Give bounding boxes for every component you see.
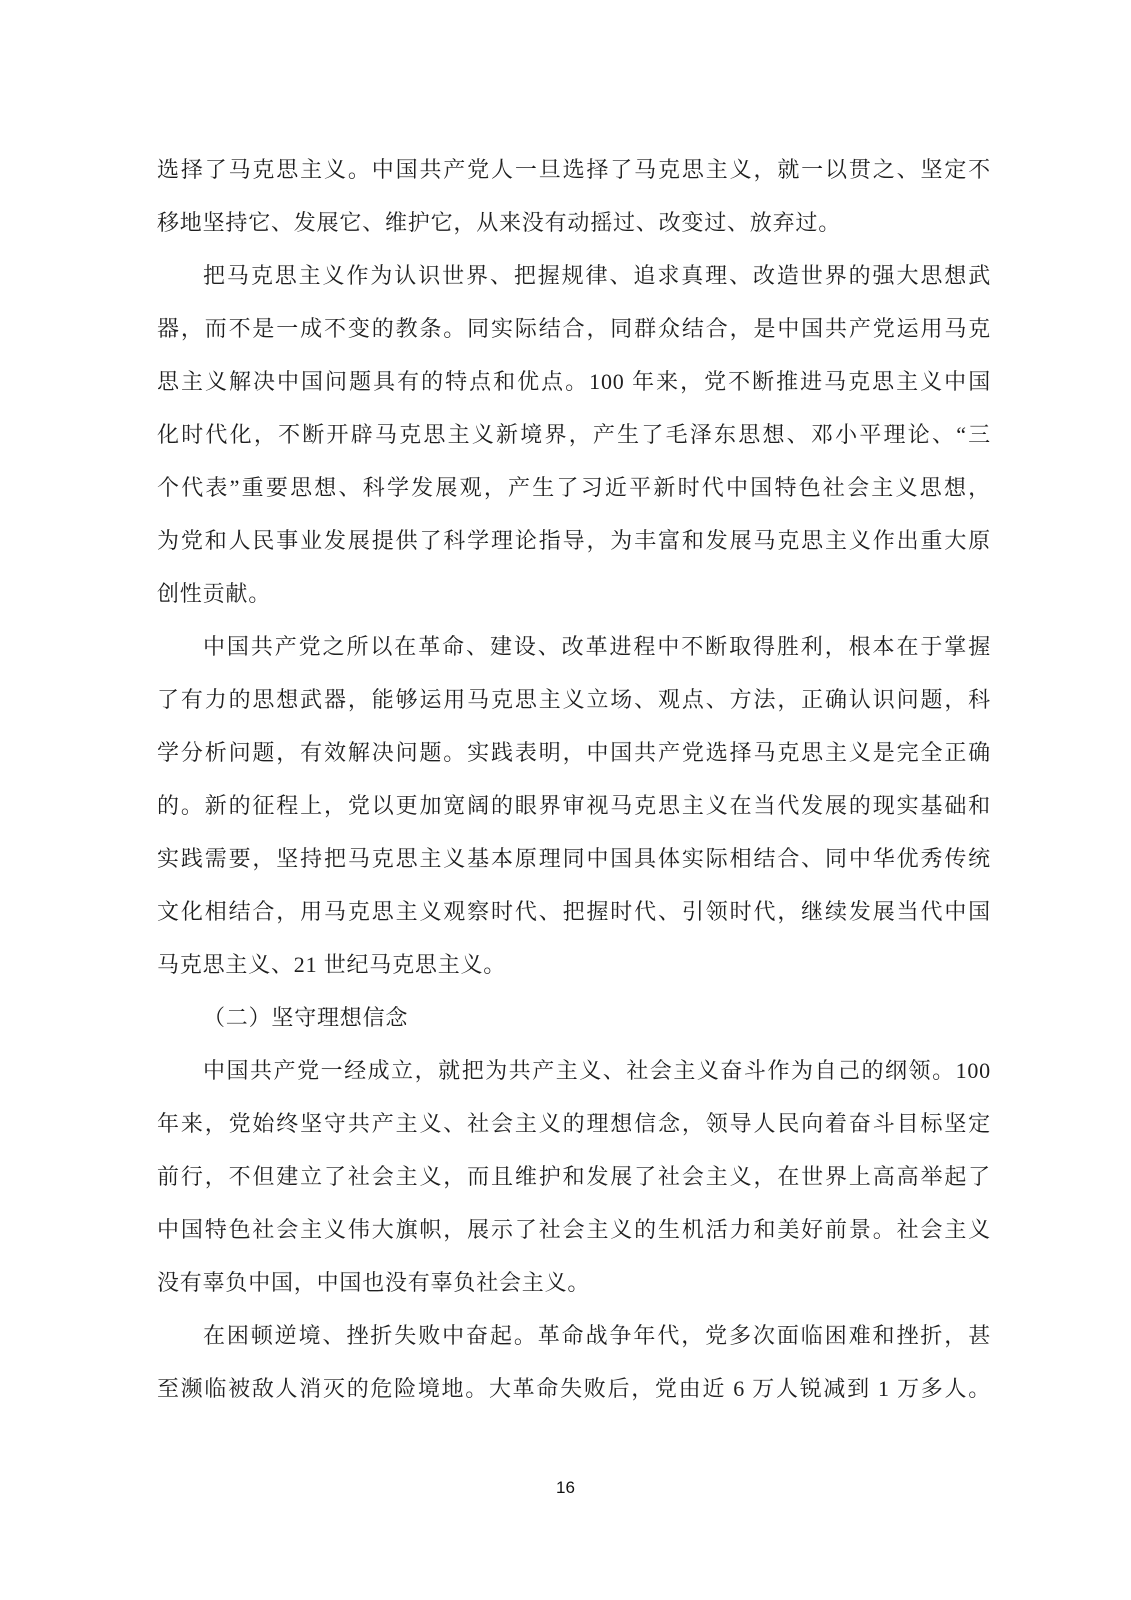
text-line: 的。新的征程上，党以更加宽阔的眼界审视马克思主义在当代发展的现实基础和 (157, 779, 991, 832)
text-line: 中国共产党一经成立，就把为共产主义、社会主义奋斗作为自己的纲领。100 (157, 1044, 991, 1097)
text-line: 了有力的思想武器，能够运用马克思主义立场、观点、方法，正确认识问题，科 (157, 673, 991, 726)
text-line: 至濒临被敌人消灭的危险境地。大革命失败后，党由近 6 万人锐减到 1 万多人。 (157, 1362, 991, 1415)
text-line: 马克思主义、21 世纪马克思主义。 (157, 938, 991, 991)
document-page: 选择了马克思主义。中国共产党人一旦选择了马克思主义，就一以贯之、坚定不移地坚持它… (0, 0, 1131, 1600)
text-line: 个代表”重要思想、科学发展观，产生了习近平新时代中国特色社会主义思想， (157, 461, 991, 514)
text-line: 把马克思主义作为认识世界、把握规律、追求真理、改造世界的强大思想武 (157, 249, 991, 302)
text-line: 移地坚持它、发展它、维护它，从来没有动摇过、改变过、放弃过。 (157, 196, 991, 249)
heading-line: （二）坚守理想信念 (157, 991, 991, 1044)
text-line: 没有辜负中国，中国也没有辜负社会主义。 (157, 1256, 991, 1309)
body-paragraph: 在困顿逆境、挫折失败中奋起。革命战争年代，党多次面临困难和挫折，甚至濒临被敌人消… (157, 1309, 991, 1415)
text-line: 为党和人民事业发展提供了科学理论指导，为丰富和发展马克思主义作出重大原 (157, 514, 991, 567)
text-line: 实践需要，坚持把马克思主义基本原理同中国具体实际相结合、同中华优秀传统 (157, 832, 991, 885)
text-line: 化时代化，不断开辟马克思主义新境界，产生了毛泽东思想、邓小平理论、“三 (157, 408, 991, 461)
body-paragraph: 中国共产党一经成立，就把为共产主义、社会主义奋斗作为自己的纲领。100年来，党始… (157, 1044, 991, 1309)
text-line: 学分析问题，有效解决问题。实践表明，中国共产党选择马克思主义是完全正确 (157, 726, 991, 779)
section-heading: （二）坚守理想信念 (157, 991, 991, 1044)
text-line: 选择了马克思主义。中国共产党人一旦选择了马克思主义，就一以贯之、坚定不 (157, 143, 991, 196)
text-line: 思主义解决中国问题具有的特点和优点。100 年来，党不断推进马克思主义中国 (157, 355, 991, 408)
text-line: 中国共产党之所以在革命、建设、改革进程中不断取得胜利，根本在于掌握 (157, 620, 991, 673)
text-line: 创性贡献。 (157, 567, 991, 620)
text-line: 年来，党始终坚守共产主义、社会主义的理想信念，领导人民向着奋斗目标坚定 (157, 1097, 991, 1150)
body-paragraph: 选择了马克思主义。中国共产党人一旦选择了马克思主义，就一以贯之、坚定不移地坚持它… (157, 143, 991, 249)
body-paragraph: 中国共产党之所以在革命、建设、改革进程中不断取得胜利，根本在于掌握了有力的思想武… (157, 620, 991, 991)
text-line: 中国特色社会主义伟大旗帜，展示了社会主义的生机活力和美好前景。社会主义 (157, 1203, 991, 1256)
text-line: 文化相结合，用马克思主义观察时代、把握时代、引领时代，继续发展当代中国 (157, 885, 991, 938)
document-body: 选择了马克思主义。中国共产党人一旦选择了马克思主义，就一以贯之、坚定不移地坚持它… (157, 143, 991, 1415)
text-line: 前行，不但建立了社会主义，而且维护和发展了社会主义，在世界上高高举起了 (157, 1150, 991, 1203)
page-number: 16 (556, 1478, 575, 1497)
text-line: 在困顿逆境、挫折失败中奋起。革命战争年代，党多次面临困难和挫折，甚 (157, 1309, 991, 1362)
text-line: 器，而不是一成不变的教条。同实际结合，同群众结合，是中国共产党运用马克 (157, 302, 991, 355)
body-paragraph: 把马克思主义作为认识世界、把握规律、追求真理、改造世界的强大思想武器，而不是一成… (157, 249, 991, 620)
page-footer: 16 (0, 1478, 1131, 1498)
